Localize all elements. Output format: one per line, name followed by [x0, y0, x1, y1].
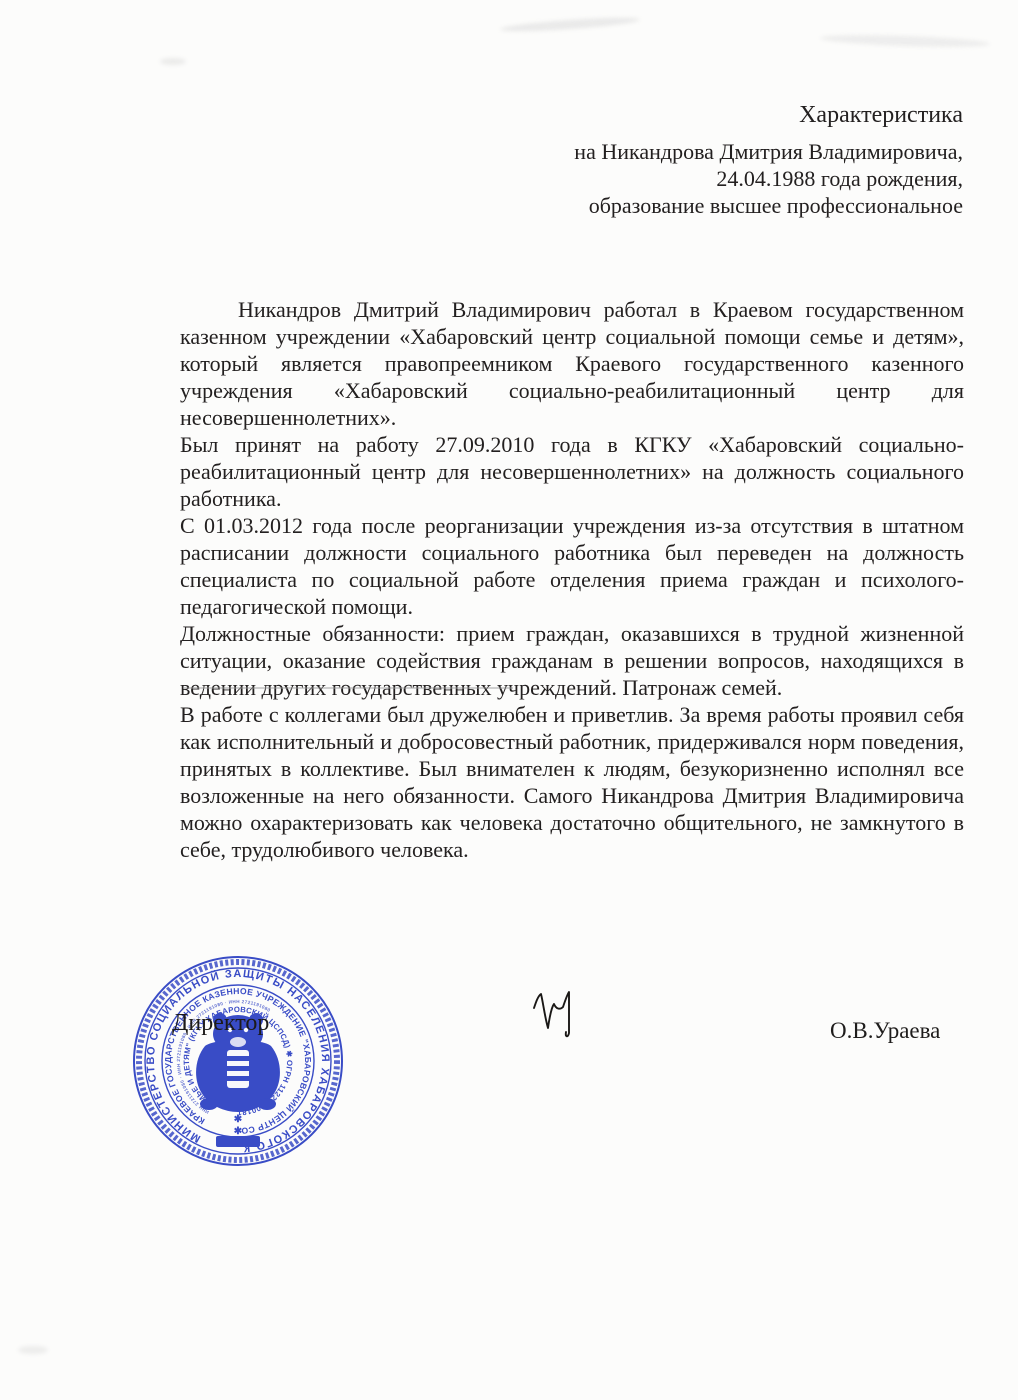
page-title: Характеристика [574, 101, 963, 129]
stamp-bottom-bar [216, 1136, 260, 1147]
signature-stroke-icon [520, 972, 610, 1052]
document-header: Характеристика на Никандрова Дмитрия Вла… [574, 101, 963, 219]
subject-line: 24.04.1988 года рождения, [574, 165, 963, 192]
subject-line: образование высшее профессиональное [574, 192, 963, 219]
paragraph: В работе с коллегами был дружелюбен и пр… [180, 701, 964, 863]
scan-artifact-line [183, 687, 513, 689]
stamp-seal-icon: МИНИСТЕРСТВО СОЦИАЛЬНОЙ ЗАЩИТЫ НАСЕЛЕНИЯ… [131, 954, 345, 1168]
scan-smudge [18, 1346, 48, 1354]
signer-name: О.В.Ураева [830, 1018, 940, 1044]
subject-line: на Никандрова Дмитрия Владимировича, [574, 138, 963, 165]
round-official-stamp: МИНИСТЕРСТВО СОЦИАЛЬНОЙ ЗАЩИТЫ НАСЕЛЕНИЯ… [131, 954, 345, 1168]
paragraph: С 01.03.2012 года после реорганизации уч… [180, 512, 964, 620]
paragraph: Был принят на работу 27.09.2010 года в К… [180, 431, 964, 512]
svg-text:✱: ✱ [234, 1126, 243, 1137]
paragraph: Никандров Дмитрий Владимирович работал в… [180, 296, 964, 431]
scan-smudge [160, 58, 186, 65]
signer-position-title: Директор [172, 1010, 269, 1037]
handwritten-signature [520, 972, 610, 1052]
svg-text:✱: ✱ [234, 1114, 243, 1125]
stamp-stars: ✱ ✱ [234, 1114, 243, 1137]
scan-smudge [500, 15, 640, 34]
scanned-document-page: Характеристика на Никандрова Дмитрия Вла… [0, 0, 1018, 1400]
document-body: Никандров Дмитрий Владимирович работал в… [180, 296, 964, 863]
scan-smudge [820, 33, 990, 49]
